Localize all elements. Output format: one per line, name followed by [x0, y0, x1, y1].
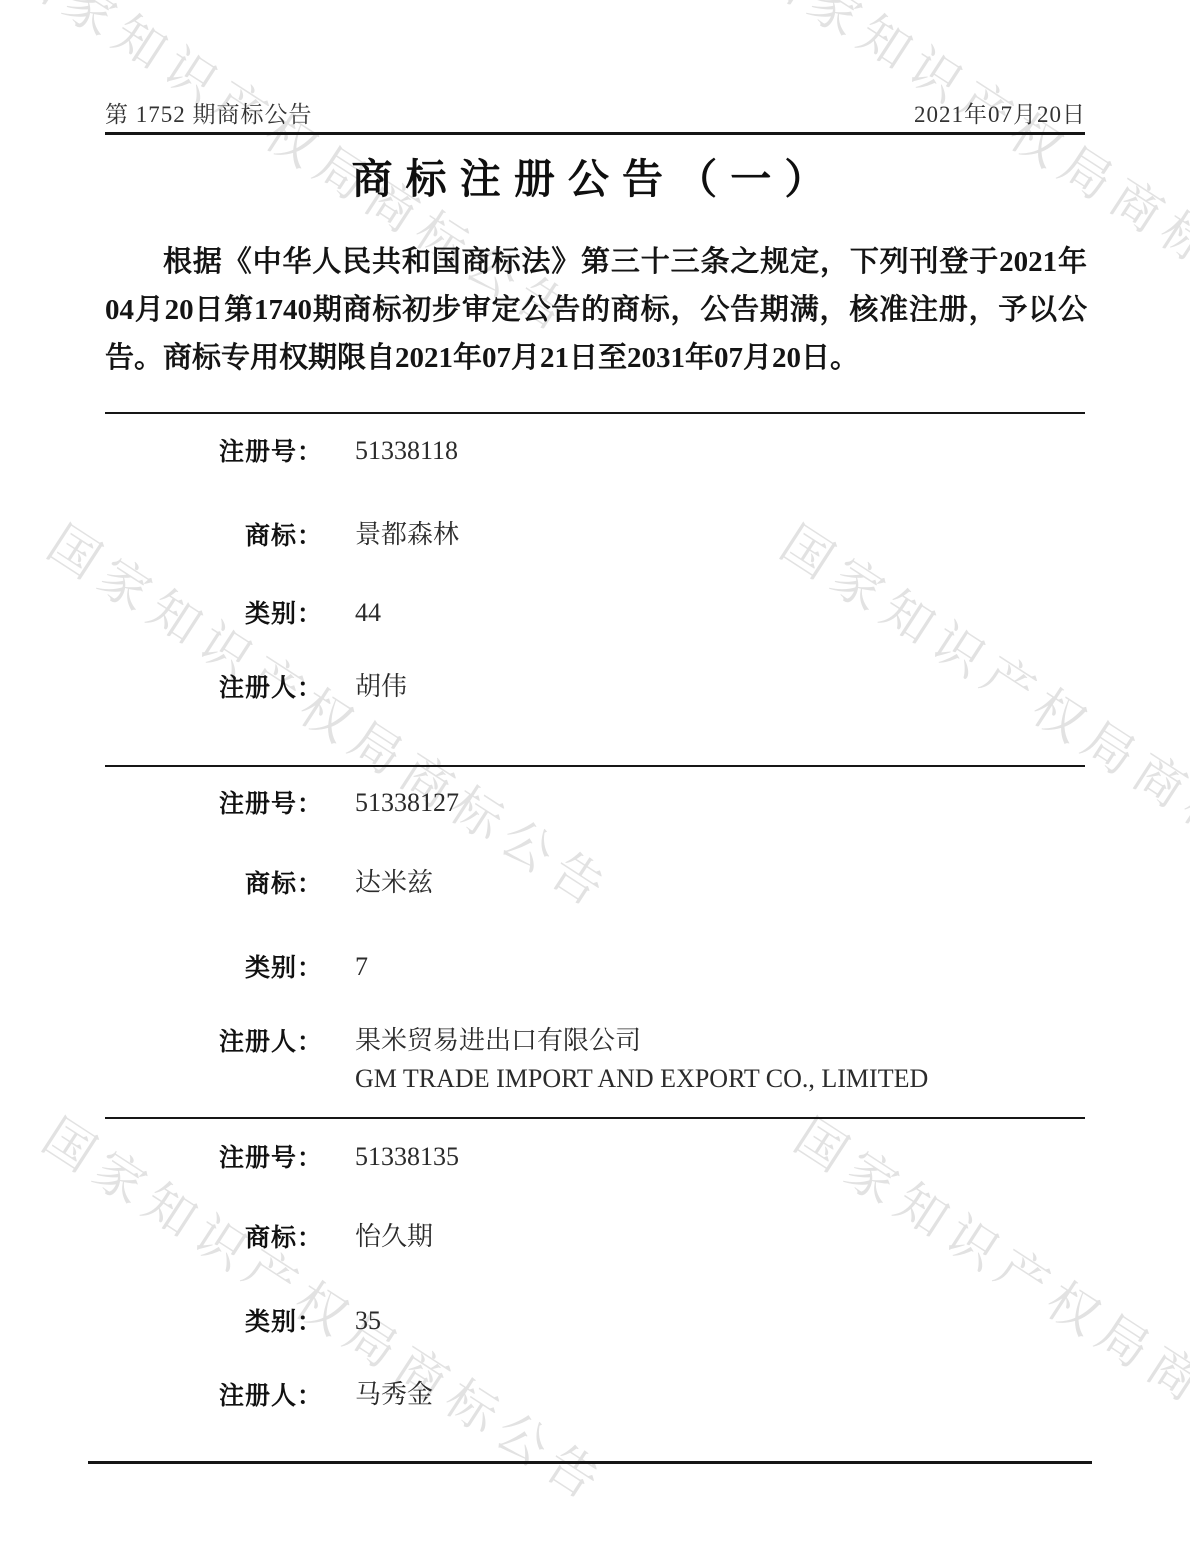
class-value: 7	[355, 948, 1075, 986]
registrant-label: 注册人：	[105, 1022, 323, 1058]
trademark-value: 景都森林	[355, 516, 1075, 554]
reg-no-value: 51338127	[355, 784, 1075, 822]
header-date: 2021年07月20日	[914, 96, 1086, 129]
reg-no-value: 51338118	[355, 432, 1075, 470]
class-label: 类别：	[105, 1302, 323, 1338]
trademark-label: 商标：	[105, 516, 323, 552]
registrant-value: 马秀金	[355, 1376, 1075, 1414]
trademark-label: 商标：	[105, 1218, 323, 1254]
class-label: 类别：	[105, 948, 323, 984]
header-issue-number: 第 1752 期商标公告	[105, 96, 313, 129]
registrant-label: 注册人：	[105, 1376, 323, 1412]
record-divider	[105, 412, 1085, 414]
page-bottom-divider	[88, 1461, 1092, 1464]
class-label: 类别：	[105, 594, 323, 630]
record-divider	[105, 1117, 1085, 1119]
header-divider	[105, 132, 1085, 135]
trademark-value: 怡久期	[355, 1218, 1075, 1256]
class-value: 35	[355, 1302, 1075, 1340]
class-value: 44	[355, 594, 1075, 632]
trademark-label: 商标：	[105, 864, 323, 900]
reg-no-label: 注册号：	[105, 432, 323, 468]
intro-paragraph: 根据《中华人民共和国商标法》第三十三条之规定，下列刊登于2021年04月20日第…	[105, 238, 1087, 382]
registrant-value: 胡伟	[355, 668, 1075, 706]
registrant-value: 果米贸易进出口有限公司 GM TRADE IMPORT AND EXPORT C…	[355, 1022, 1075, 1098]
registrant-name-en: GM TRADE IMPORT AND EXPORT CO., LIMITED	[355, 1064, 928, 1093]
registrant-name-cn: 果米贸易进出口有限公司	[355, 1026, 641, 1055]
reg-no-label: 注册号：	[105, 1138, 323, 1174]
registrant-label: 注册人：	[105, 668, 323, 704]
trademark-value: 达米兹	[355, 864, 1075, 902]
gazette-page: 第 1752 期商标公告 2021年07月20日 商标注册公告（一） 根据《中华…	[0, 0, 1190, 1564]
record-divider	[105, 765, 1085, 767]
reg-no-value: 51338135	[355, 1138, 1075, 1176]
reg-no-label: 注册号：	[105, 784, 323, 820]
page-title: 商标注册公告（一）	[0, 146, 1190, 205]
